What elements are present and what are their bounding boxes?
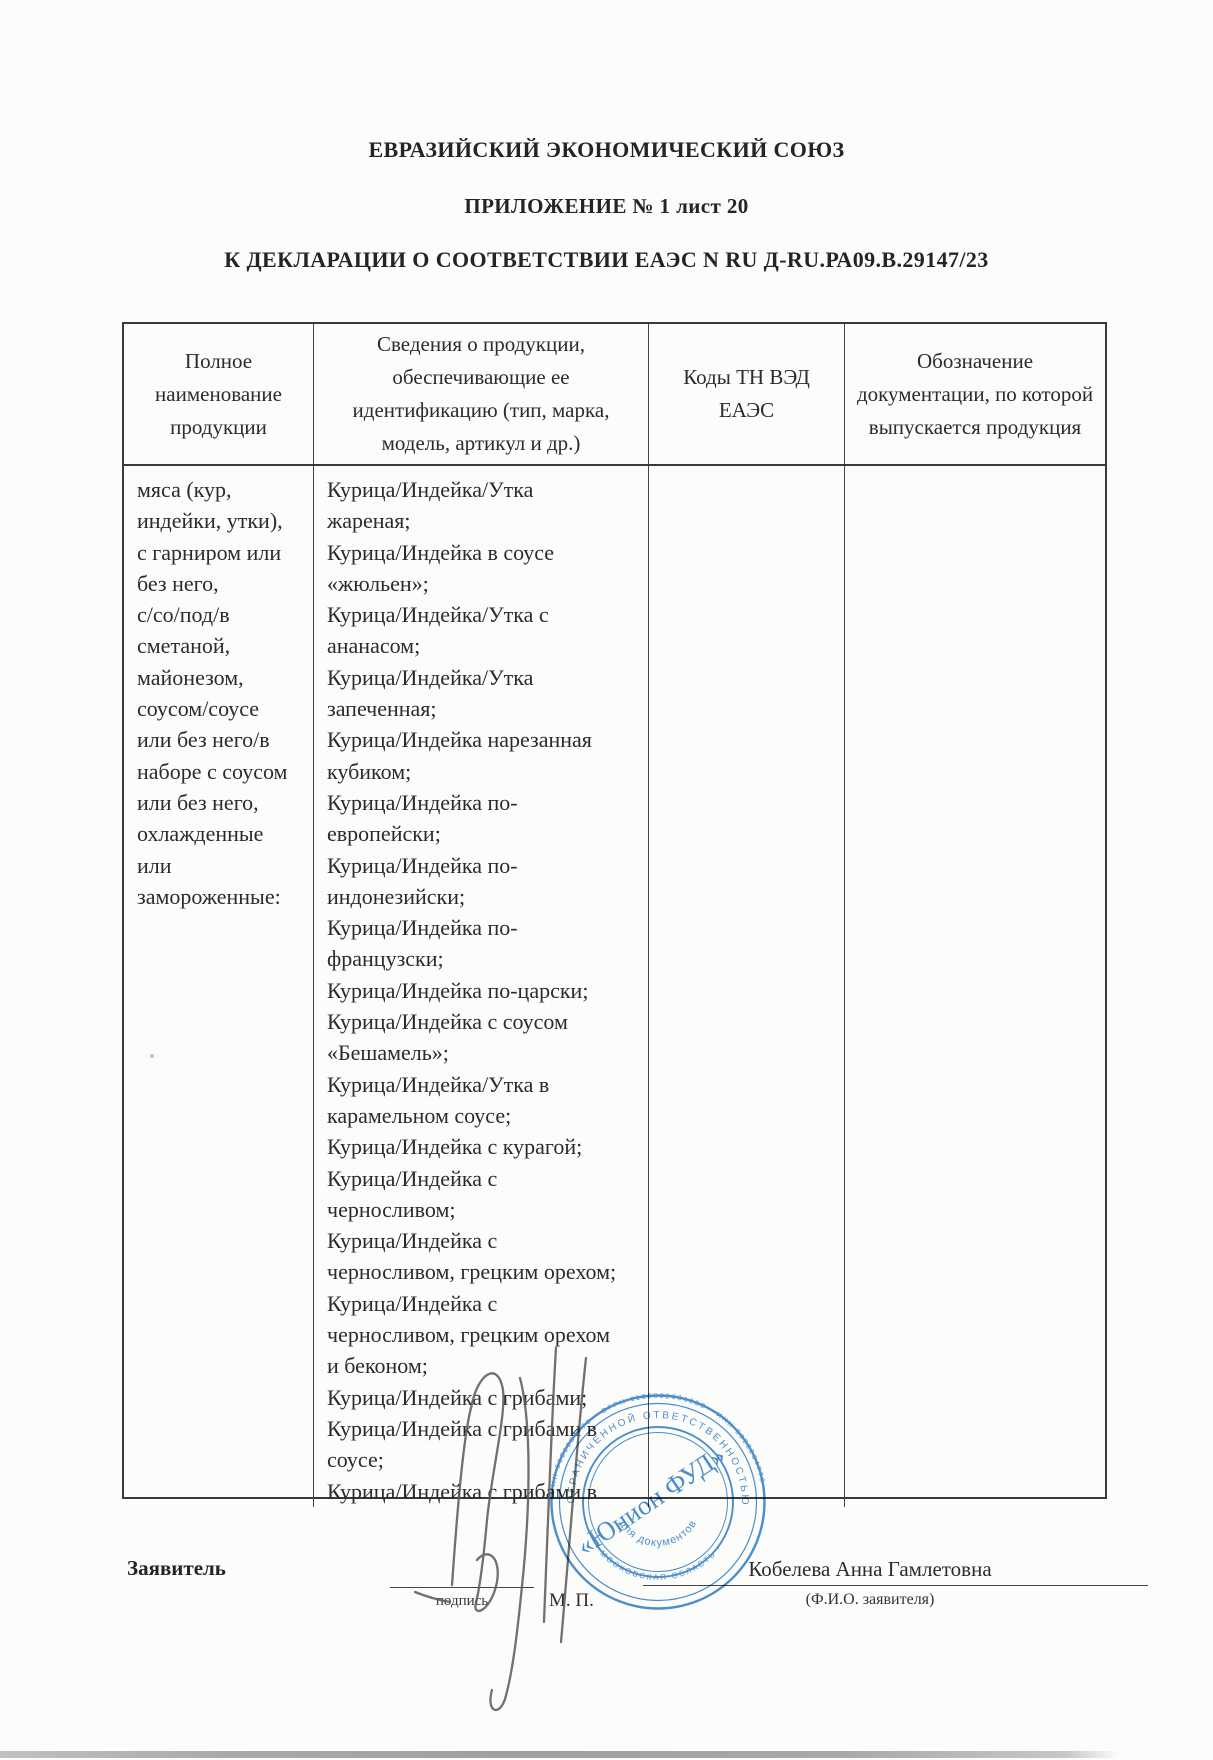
annex-sheet-title: ПРИЛОЖЕНИЕ № 1 лист 20: [0, 194, 1213, 219]
eaeu-union-title: ЕВРАЗИЙСКИЙ ЭКОНОМИЧЕСКИЙ СОЮЗ: [0, 137, 1213, 163]
header-documentation: Обозначение документации, по которой вып…: [845, 324, 1105, 464]
header-identification: Сведения о продукции, обеспечивающие ее …: [314, 324, 649, 464]
cell-documentation: [845, 466, 1105, 1507]
company-round-stamp: • ИНН 5022264773 • ОГРН 1125022001258 • …: [540, 1384, 776, 1620]
scan-edge-artifact: [0, 1751, 1120, 1758]
cell-tnved-codes: [649, 466, 845, 1507]
table-header-row: Полное наименование продукции Сведения о…: [124, 324, 1105, 466]
scan-speck: [150, 1054, 154, 1058]
header-tnved-codes: Коды ТН ВЭД ЕАЭС: [649, 324, 845, 464]
applicant-label: Заявитель: [127, 1556, 226, 1581]
header-product-name: Полное наименование продукции: [124, 324, 314, 464]
declaration-number-title: К ДЕКЛАРАЦИИ О СООТВЕТСТВИИ ЕАЭС N RU Д-…: [0, 247, 1213, 273]
cell-product-name: мяса (кур, индейки, утки), с гарниром ил…: [124, 466, 314, 1507]
scanned-declaration-page: ЕВРАЗИЙСКИЙ ЭКОНОМИЧЕСКИЙ СОЮЗ ПРИЛОЖЕНИ…: [0, 0, 1213, 1760]
